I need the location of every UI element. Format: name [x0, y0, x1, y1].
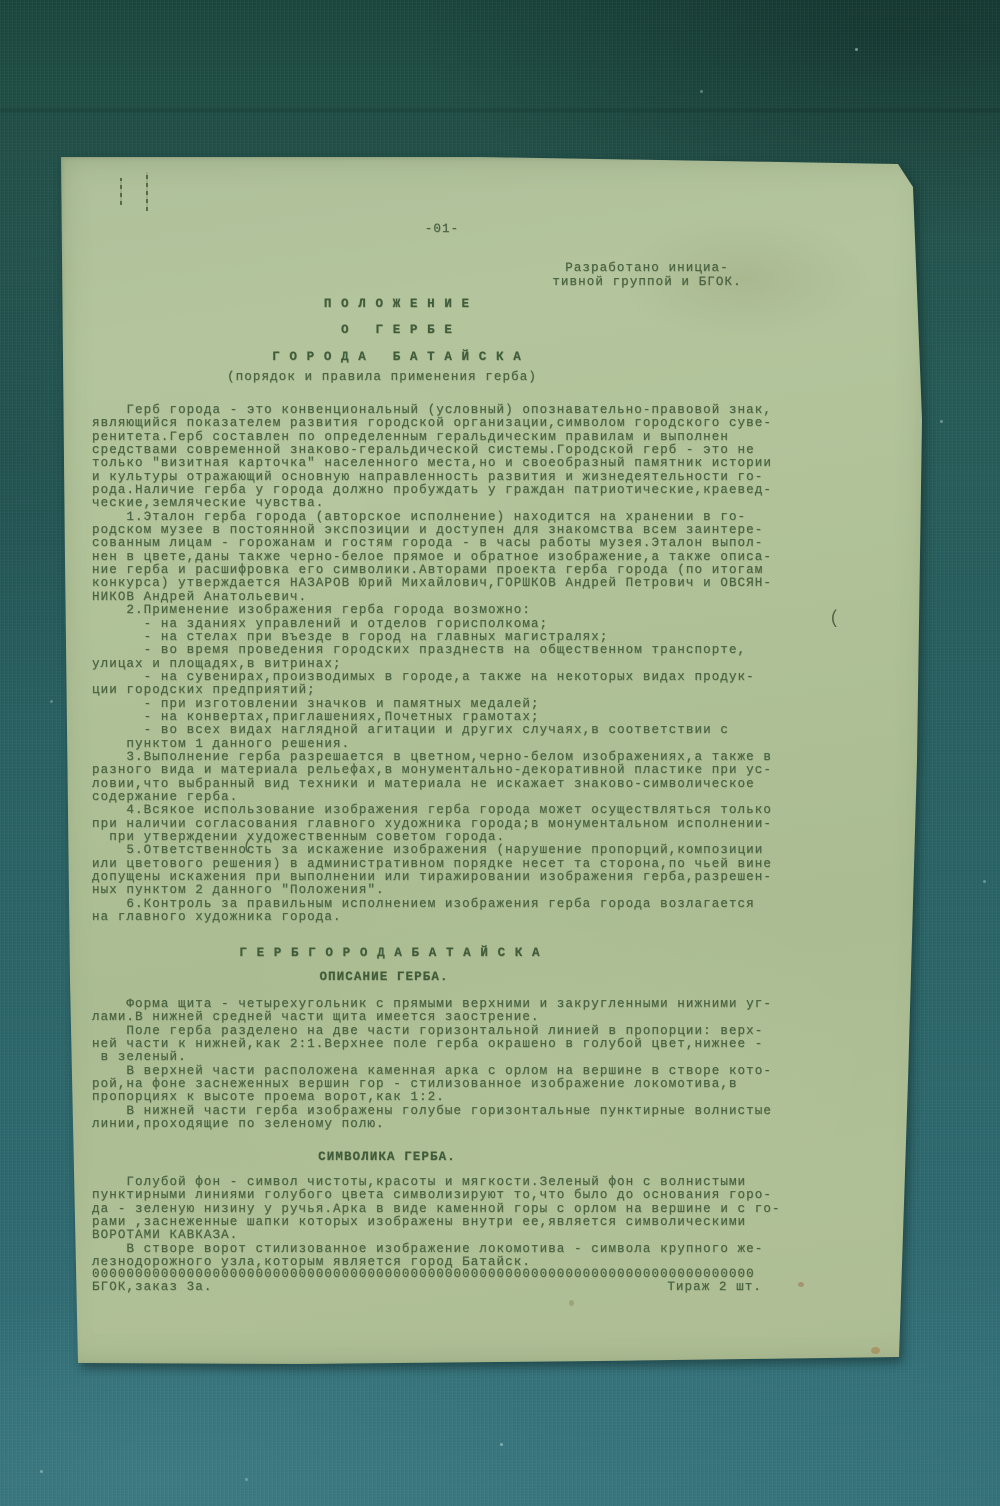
symbolism-text: Голубой фон - символ чистоты,красоты и м… — [92, 1176, 781, 1269]
ink-mark — [120, 178, 122, 205]
footer-copies-label: Тираж 2 шт. — [667, 1281, 762, 1294]
credit-note: Разработано инициа- тивной группой и БГО… — [497, 261, 797, 289]
footer-zeros-line: 0000000000000000000000000000000000000000… — [92, 1268, 762, 1281]
footer-order-label: БГОК,заказ 3а. — [92, 1281, 213, 1294]
paper-blemish — [569, 1300, 574, 1306]
rust-stain — [871, 1347, 880, 1354]
lint-specks — [855, 48, 858, 51]
document-footer: 0000000000000000000000000000000000000000… — [92, 1268, 762, 1295]
rust-stain — [798, 1282, 804, 1287]
margin-paren-mark: ( — [829, 609, 840, 629]
coat-of-arms-heading: Г Е Р Б Г О Р О Д А Б А Т А Й С К А — [40, 947, 740, 960]
photo-background: ( ( -01- Разработано инициа- тивной груп… — [0, 0, 1000, 1506]
paper-sheet: ( ( -01- Разработано инициа- тивной груп… — [61, 157, 927, 1365]
fabric-seam — [0, 109, 1000, 112]
symbolism-heading: СИМВОЛИКА ГЕРБА. — [37, 1151, 737, 1164]
document-title: П О Л О Ж Е Н И Е О Г Е Р Б Е Г О Р О Д … — [47, 291, 747, 370]
description-text: Форма щита - четырехугольник с прямыми в… — [92, 998, 772, 1131]
document-subtitle: (порядок и правила применения герба) — [32, 371, 732, 384]
main-text: Герб города - это конвенциональный (усло… — [92, 404, 772, 924]
description-heading: ОПИСАНИЕ ГЕРБА. — [34, 971, 734, 984]
ink-mark — [146, 172, 148, 211]
footer-row: БГОК,заказ 3а. Тираж 2 шт. — [92, 1281, 762, 1294]
page-number: -01- — [92, 223, 792, 236]
